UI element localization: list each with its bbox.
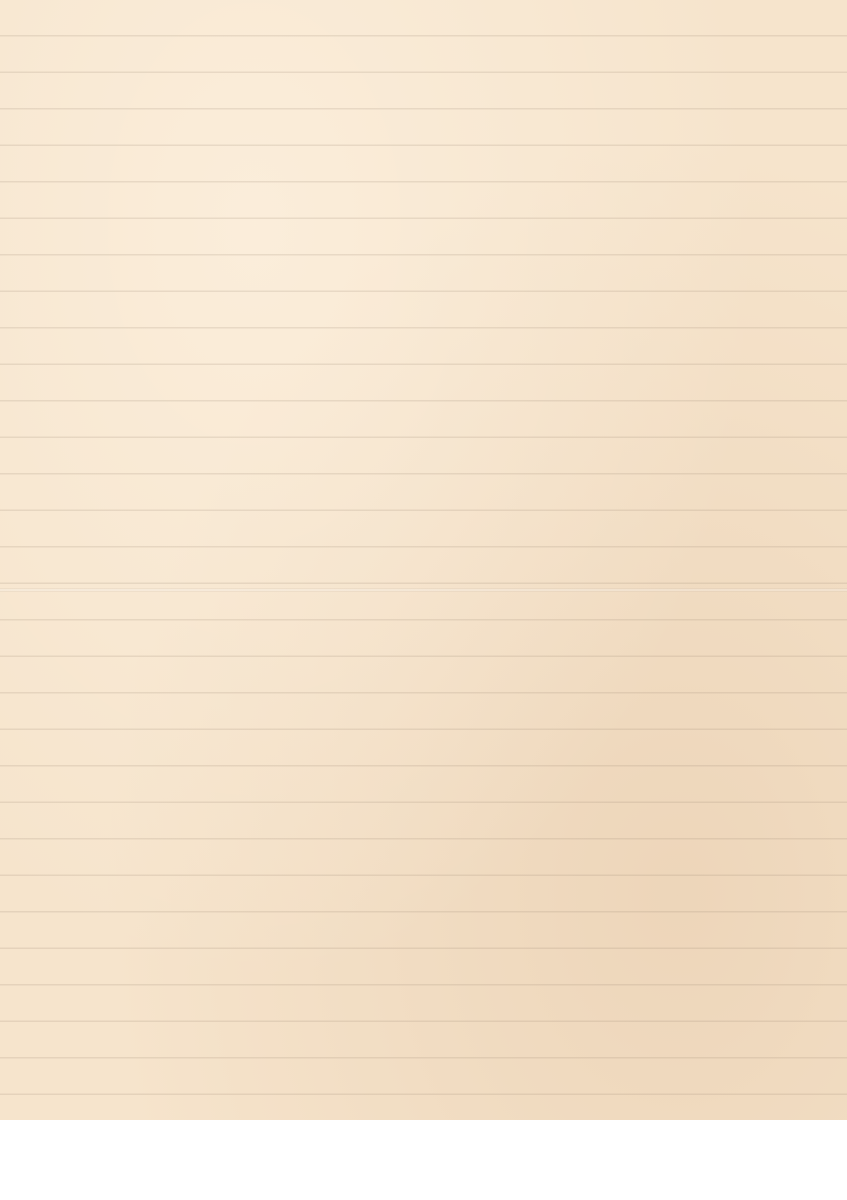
- outer-letter-sheet: [0, 0, 847, 1120]
